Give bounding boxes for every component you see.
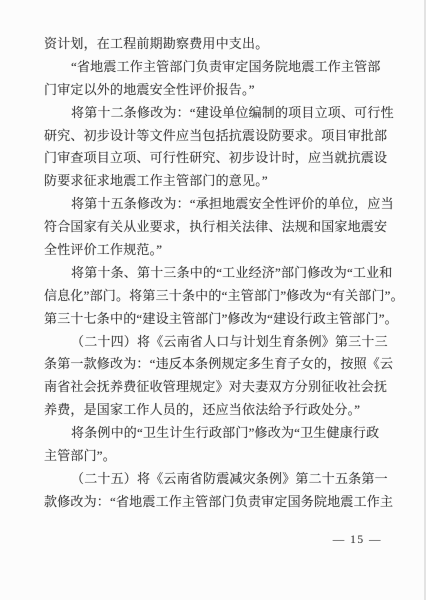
text-line: 将第十五条修改为：“承担地震安全性评价的单位，应当 [44, 193, 394, 216]
text-line: 款修改为：“省地震工作主管部门负责审定国务院地震工作主 [44, 491, 394, 514]
text-line: 资计划，在工程前期勘察费用中支出。 [44, 33, 394, 56]
scan-right-strip [426, 0, 430, 600]
text-line: 门审查项目立项、可行性研究、初步设计时，应当就抗震设 [44, 147, 394, 170]
text-line: 防要求征求地震工作主管部门的意见。” [44, 170, 394, 193]
text-line: 信息化”部门。将第三十条中的“主管部门”修改为“有关部门”。 [44, 285, 394, 308]
text-line: 全性评价工作规范。” [44, 239, 394, 262]
text-line: 第三十七条中的“建设主管部门”修改为“建设行政主管部门”。 [44, 308, 394, 331]
text-line: 符合国家有关从业要求，执行相关法律、法规和国家地震安 [44, 216, 394, 239]
scan-page-edge [424, 0, 426, 600]
text-line: 门审定以外的地震安全性评价报告。” [44, 79, 394, 102]
text-line: 研究、初步设计等文件应当包括抗震设防要求。项目审批部 [44, 125, 394, 148]
text-line: “省地震工作主管部门负责审定国务院地震工作主管部 [44, 56, 394, 79]
text-line: 主管部门”。 [44, 445, 394, 468]
document-page: 资计划，在工程前期勘察费用中支出。 “省地震工作主管部门负责审定国务院地震工作主… [0, 0, 430, 600]
text-line: 养费，是国家工作人员的，还应当依法给予行政处分。” [44, 399, 394, 422]
text-line: 将条例中的“卫生计生行政部门”修改为“卫生健康行政 [44, 422, 394, 445]
page-number: — 15 — [333, 534, 382, 546]
text-line: 将第十二条修改为：“建设单位编制的项目立项、可行性 [44, 102, 394, 125]
text-line: 条第一款修改为：“违反本条例规定多生育子女的，按照《云 [44, 353, 394, 376]
text-line: （二十四）将《云南省人口与计划生育条例》第三十三 [44, 331, 394, 354]
text-line: 将第十条、第十三条中的“工业经济”部门修改为“工业和 [44, 262, 394, 285]
document-text-block: 资计划，在工程前期勘察费用中支出。 “省地震工作主管部门负责审定国务院地震工作主… [44, 33, 394, 514]
text-line: （二十五）将《云南省防震减灾条例》第二十五条第一 [44, 468, 394, 491]
text-line: 南省社会抚养费征收管理规定》对夫妻双方分别征收社会抚 [44, 376, 394, 399]
